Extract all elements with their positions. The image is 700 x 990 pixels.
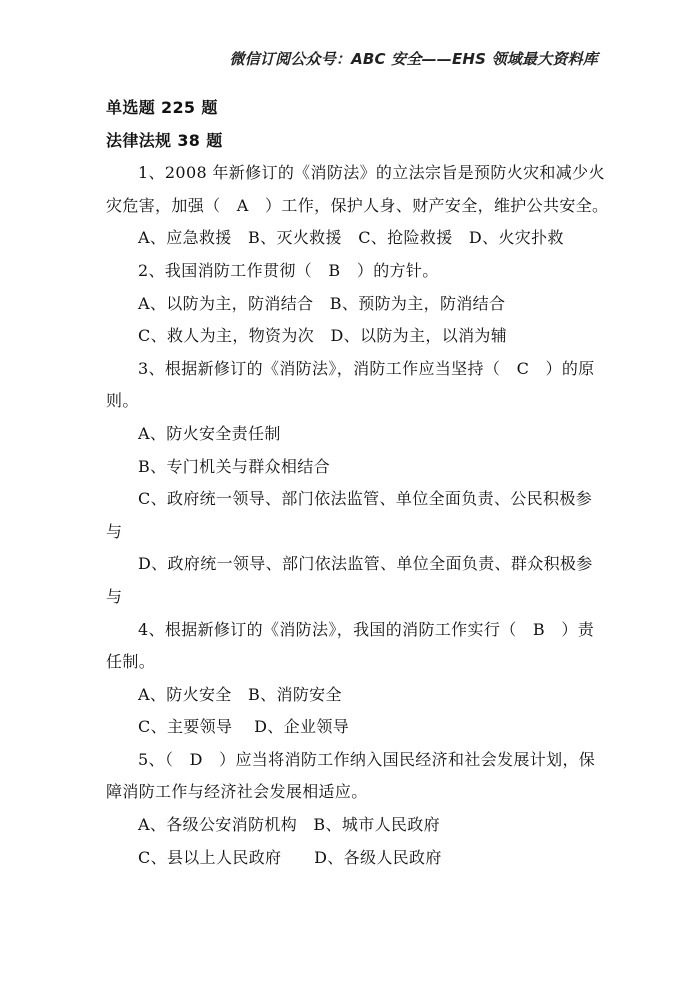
question-text-continued: 灾危害，加强（ A ）工作，保护人身、财产安全，维护公共安全。 xyxy=(106,190,601,223)
question-5: 5、（ D ）应当将消防工作纳入国民经济和社会发展计划，保 障消防工作与经济社会… xyxy=(106,744,601,874)
question-text: 3、根据新修订的《消防法》，消防工作应当坚持（ C ）的原 xyxy=(106,353,601,386)
option-d: D、政府统一领导、部门依法监管、单位全面负责、群众积极参 xyxy=(106,548,601,581)
question-text: 1、2008 年新修订的《消防法》的立法宗旨是预防火灾和减少火 xyxy=(106,157,601,190)
section-title: 单选题 225 题 xyxy=(106,92,601,125)
question-4: 4、根据新修订的《消防法》，我国的消防工作实行（ B ）责 任制。 A、防火安全… xyxy=(106,614,601,744)
question-options: A、防火安全 B、消防安全 xyxy=(106,679,601,712)
question-text: 4、根据新修订的《消防法》，我国的消防工作实行（ B ）责 xyxy=(106,614,601,647)
option-b: B、专门机关与群众相结合 xyxy=(106,451,601,484)
page-header-watermark: 微信订阅公众号：ABC 安全——EHS 领域最大资料库 xyxy=(230,48,599,69)
option-d-continued: 与 xyxy=(106,581,601,614)
question-2: 2、我国消防工作贯彻（ B ）的方针。 A、以防为主，防消结合 B、预防为主，防… xyxy=(106,255,601,353)
option-a: A、防火安全责任制 xyxy=(106,418,601,451)
option-c-continued: 与 xyxy=(106,516,601,549)
document-body: 单选题 225 题 法律法规 38 题 1、2008 年新修订的《消防法》的立法… xyxy=(106,92,601,874)
question-text: 2、我国消防工作贯彻（ B ）的方针。 xyxy=(106,255,601,288)
question-3: 3、根据新修订的《消防法》，消防工作应当坚持（ C ）的原 则。 A、防火安全责… xyxy=(106,353,601,614)
question-options: A、以防为主，防消结合 B、预防为主，防消结合 xyxy=(106,288,601,321)
question-text-continued: 任制。 xyxy=(106,646,601,679)
section-subtitle: 法律法规 38 题 xyxy=(106,125,601,158)
question-1: 1、2008 年新修订的《消防法》的立法宗旨是预防火灾和减少火 灾危害，加强（ … xyxy=(106,157,601,255)
question-options: C、救人为主，物资为次 D、以防为主，以消为辅 xyxy=(106,320,601,353)
option-c: C、政府统一领导、部门依法监管、单位全面负责、公民积极参 xyxy=(106,483,601,516)
question-text-continued: 障消防工作与经济社会发展相适应。 xyxy=(106,776,601,809)
question-options: C、主要领导 D、企业领导 xyxy=(106,711,601,744)
question-options: A、应急救援 B、灭火救援 C、抢险救援 D、火灾扑救 xyxy=(106,222,601,255)
question-text-continued: 则。 xyxy=(106,385,601,418)
question-text: 5、（ D ）应当将消防工作纳入国民经济和社会发展计划，保 xyxy=(106,744,601,777)
question-options: C、县以上人民政府 D、各级人民政府 xyxy=(106,842,601,875)
question-options: A、各级公安消防机构 B、城市人民政府 xyxy=(106,809,601,842)
